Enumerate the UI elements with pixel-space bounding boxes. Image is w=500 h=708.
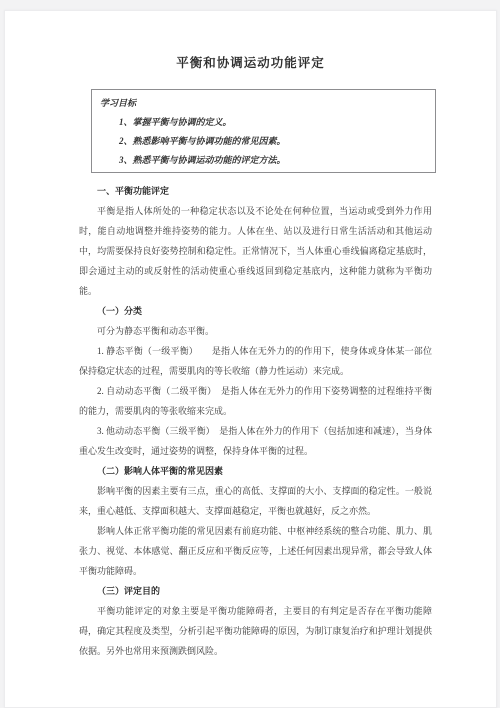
subsection-heading: （二）影响人体平衡的常见因素 — [79, 461, 432, 481]
document-viewer: { "page": { "title": "平衡和协调运动功能评定" }, "o… — [0, 0, 500, 708]
subsection-heading: （三）评定目的 — [79, 581, 432, 601]
page-title: 平衡和协调运动功能评定 — [5, 53, 496, 71]
body-paragraph: 平衡功能评定的对象主要是平衡功能障碍者，主要目的有判定是否存在平衡功能障碍，确定… — [79, 601, 432, 661]
body-paragraph: 2. 自动动态平衡（二级平衡） 是指人体在无外力的作用下姿势调整的过程维持平衡的… — [79, 381, 432, 421]
body-paragraph: 影响平衡的因素主要有三点，重心的高低、支撑面的大小、支撑面的稳定性。一般说来，重… — [79, 481, 432, 521]
body-paragraph: 1. 静态平衡（一级平衡） 是指人体在无外力的的作用下，使身体或身体某一部位保持… — [79, 341, 432, 381]
objective-item: 1、掌握平衡与协调的定义。 — [100, 113, 427, 132]
body-paragraph: 可分为静态平衡和动态平衡。 — [79, 321, 432, 341]
objective-item: 2、熟悉影响平衡与协调功能的常见因素。 — [100, 132, 427, 151]
section-heading: 一、平衡功能评定 — [79, 181, 432, 201]
objective-item: 3、熟悉平衡与协调运动功能的评定方法。 — [100, 151, 427, 170]
subsection-heading: （一）分类 — [79, 301, 432, 321]
document-body: 一、平衡功能评定 平衡是指人体所处的一种稳定状态以及不论处在何种位置，当运动或受… — [79, 181, 432, 661]
learning-objectives-box: 学习目标 1、掌握平衡与协调的定义。 2、熟悉影响平衡与协调功能的常见因素。 3… — [91, 89, 436, 173]
objectives-heading: 学习目标 — [100, 94, 427, 113]
body-paragraph: 影响人体正常平衡功能的常见因素有前庭功能、中枢神经系统的整合功能、肌力、肌张力、… — [79, 521, 432, 581]
body-paragraph: 平衡是指人体所处的一种稳定状态以及不论处在何种位置，当运动或受到外力作用时，能自… — [79, 201, 432, 301]
document-page: 平衡和协调运动功能评定 学习目标 1、掌握平衡与协调的定义。 2、熟悉影响平衡与… — [4, 10, 497, 708]
body-paragraph: 3. 他动动态平衡（三级平衡） 是指人体在外力的作用下（包括加速和减速），当身体… — [79, 421, 432, 461]
